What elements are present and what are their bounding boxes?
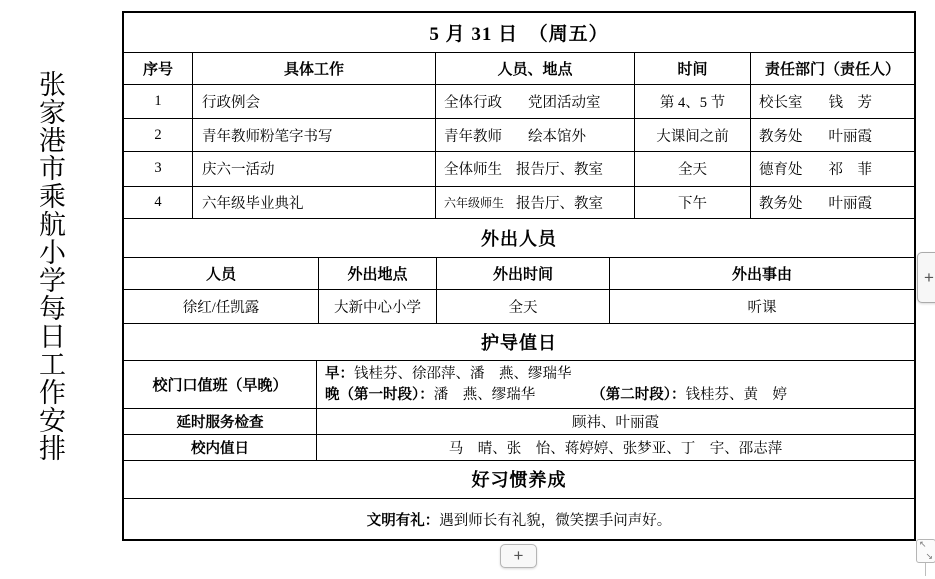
- delay-check-names: 顾祎、叶丽霞: [572, 411, 659, 432]
- row-dept: 教务处: [759, 125, 803, 146]
- habit-section-title[interactable]: 好习惯养成: [124, 461, 914, 500]
- row-time: 下午: [678, 192, 707, 213]
- outing-cell-place[interactable]: 大新中心小学: [319, 290, 437, 323]
- row-person: 钱 芳: [829, 91, 873, 112]
- date-title-cell[interactable]: 5 月 31 日 （周五）: [124, 13, 914, 53]
- delay-check-row: 延时服务检查 顾祎、叶丽霞: [124, 409, 914, 435]
- outing-cell-person[interactable]: 徐红/任凯露: [124, 290, 319, 323]
- campus-duty-names: 马 晴、张 怡、蒋婷婷、张梦亚、丁 宇、邵志萍: [449, 437, 783, 458]
- outing-header-time-label: 外出时间: [493, 263, 553, 284]
- add-column-button[interactable]: +: [917, 252, 935, 303]
- gate-duty-label: 校门口值班（早晚）: [152, 374, 287, 395]
- row-time: 全天: [678, 158, 707, 179]
- header-dept-label: 责任部门（责任人）: [765, 58, 900, 79]
- habit-item-label: 文明有礼：: [367, 509, 440, 530]
- outing-header-person[interactable]: 人员: [124, 258, 319, 289]
- row-dept: 教务处: [759, 192, 803, 213]
- row-person: 祁 菲: [829, 158, 873, 179]
- cell-time[interactable]: 大课间之前: [635, 119, 751, 151]
- cell-dept[interactable]: 校长室钱 芳: [751, 85, 914, 118]
- cell-no[interactable]: 2: [124, 119, 193, 151]
- gate-morning-label: 早：: [325, 366, 354, 382]
- row-person: 叶丽霞: [829, 125, 873, 146]
- campus-duty-label: 校内值日: [191, 437, 249, 458]
- campus-duty-label-cell[interactable]: 校内值日: [124, 435, 317, 460]
- habit-content-row: 文明有礼：遇到师长有礼貌，微笑摆手问声好。: [124, 499, 914, 539]
- outing-place: 大新中心小学: [334, 296, 421, 317]
- plus-icon: +: [514, 546, 524, 566]
- row-no: 2: [154, 127, 161, 144]
- row-no: 4: [154, 194, 161, 211]
- outing-header-place[interactable]: 外出地点: [319, 258, 437, 289]
- row-work: 六年级毕业典礼: [202, 192, 304, 213]
- cell-people-place[interactable]: 全体行政党团活动室: [436, 85, 635, 118]
- plus-icon: +: [924, 268, 934, 288]
- cell-work[interactable]: 青年教师粉笔字书写: [193, 119, 436, 151]
- row-place: 党团活动室: [528, 91, 601, 112]
- row-place: 绘本馆外: [528, 125, 586, 146]
- duty-section-title-text: 护导值日: [481, 329, 557, 355]
- outing-header-place-label: 外出地点: [347, 263, 407, 284]
- cell-dept[interactable]: 德育处祁 菲: [751, 152, 914, 186]
- gate-duty-line1: 早：钱桂芬、徐邵萍、潘 燕、缪瑞华: [325, 364, 908, 385]
- gate-evening2-label: （第二时段）：: [591, 387, 685, 403]
- date-title-text: 5 月 31 日 （周五）: [429, 19, 608, 46]
- delay-check-value-cell[interactable]: 顾祎、叶丽霞: [317, 409, 914, 434]
- duty-section-title[interactable]: 护导值日: [124, 324, 914, 362]
- row-time: 大课间之前: [656, 125, 729, 146]
- header-cell-people-place[interactable]: 人员、地点: [436, 53, 635, 85]
- row-dept: 校长室: [759, 91, 803, 112]
- row-people: 青年教师: [444, 125, 502, 146]
- cell-time[interactable]: 下午: [635, 187, 751, 219]
- habit-section-title-text: 好习惯养成: [472, 466, 567, 492]
- outing-data-row: 徐红/任凯露 大新中心小学 全天 听课: [124, 290, 914, 324]
- gate-evening2-names: 钱桂芬、黄 婷: [686, 387, 788, 403]
- header-cell-time[interactable]: 时间: [635, 53, 751, 85]
- daily-schedule-table: 5 月 31 日 （周五） 序号 具体工作 人员、地点 时间 责任部门（责任人）…: [122, 11, 916, 541]
- row-dept: 德育处: [759, 158, 803, 179]
- table-resize-handle[interactable]: ↖ ↘: [916, 539, 935, 563]
- row-place: 报告厅、教室: [516, 192, 603, 213]
- cell-dept[interactable]: 教务处叶丽霞: [751, 187, 914, 219]
- table-row: 1 行政例会 全体行政党团活动室 第 4、5 节 校长室钱 芳: [124, 85, 914, 119]
- outing-header-reason-label: 外出事由: [732, 263, 792, 284]
- cell-no[interactable]: 4: [124, 187, 193, 219]
- cell-work[interactable]: 六年级毕业典礼: [193, 187, 436, 219]
- campus-duty-row: 校内值日 马 晴、张 怡、蒋婷婷、张梦亚、丁 宇、邵志萍: [124, 435, 914, 461]
- outing-header-reason[interactable]: 外出事由: [610, 258, 914, 289]
- outing-cell-reason[interactable]: 听课: [610, 290, 914, 323]
- header-cell-dept[interactable]: 责任部门（责任人）: [751, 53, 914, 85]
- row-time: 第 4、5 节: [660, 91, 725, 112]
- row-place: 报告厅、教室: [516, 158, 603, 179]
- table-row: 4 六年级毕业典礼 六年级师生报告厅、教室 下午 教务处叶丽霞: [124, 187, 914, 220]
- row-work: 青年教师粉笔字书写: [202, 125, 333, 146]
- habit-item-text: 遇到师长有礼貌，微笑摆手问声好。: [439, 509, 671, 530]
- habit-content-cell[interactable]: 文明有礼：遇到师长有礼貌，微笑摆手问声好。: [124, 499, 914, 539]
- delay-check-label-cell[interactable]: 延时服务检查: [124, 409, 317, 434]
- add-row-button[interactable]: +: [500, 544, 537, 568]
- cell-people-place[interactable]: 全体师生报告厅、教室: [436, 152, 635, 186]
- outing-header-person-label: 人员: [206, 263, 236, 284]
- campus-duty-value-cell[interactable]: 马 晴、张 怡、蒋婷婷、张梦亚、丁 宇、邵志萍: [317, 435, 914, 460]
- cell-people-place[interactable]: 青年教师绘本馆外: [436, 119, 635, 151]
- gate-duty-row: 校门口值班（早晚） 早：钱桂芬、徐邵萍、潘 燕、缪瑞华 晚（第一时段）：潘 燕、…: [124, 361, 914, 409]
- gate-evening1-label: 晚（第一时段）：: [325, 387, 434, 403]
- header-no-label: 序号: [143, 58, 173, 79]
- cell-no[interactable]: 1: [124, 85, 193, 118]
- cell-time[interactable]: 全天: [635, 152, 751, 186]
- delay-check-label: 延时服务检查: [177, 411, 264, 432]
- row-person: 叶丽霞: [829, 192, 873, 213]
- document-side-title: 张家港市乘航小学每日工作安排: [31, 70, 70, 462]
- table-row: 3 庆六一活动 全体师生报告厅、教室 全天 德育处祁 菲: [124, 152, 914, 187]
- gate-duty-line2: 晚（第一时段）：潘 燕、缪瑞华（第二时段）：钱桂芬、黄 婷: [325, 385, 908, 406]
- gate-morning-names: 钱桂芬、徐邵萍、潘 燕、缪瑞华: [354, 366, 572, 382]
- resize-arrow-nw-icon: ↖: [919, 540, 927, 550]
- cell-work[interactable]: 行政例会: [193, 85, 436, 118]
- outing-section-title-text: 外出人员: [481, 225, 557, 251]
- table-row: 2 青年教师粉笔字书写 青年教师绘本馆外 大课间之前 教务处叶丽霞: [124, 119, 914, 152]
- cell-no[interactable]: 3: [124, 152, 193, 186]
- gate-evening1-names: 潘 燕、缪瑞华: [434, 387, 536, 403]
- outing-reason: 听课: [748, 296, 777, 317]
- resize-handle-tail: [925, 563, 926, 576]
- header-time-label: 时间: [677, 58, 707, 79]
- header-people-place-label: 人员、地点: [497, 58, 572, 79]
- row-no: 1: [154, 93, 161, 110]
- header-cell-no[interactable]: 序号: [124, 53, 193, 85]
- cell-time[interactable]: 第 4、5 节: [635, 85, 751, 118]
- cell-work[interactable]: 庆六一活动: [193, 152, 436, 186]
- header-cell-work[interactable]: 具体工作: [193, 53, 436, 85]
- resize-arrow-se-icon: ↘: [925, 552, 933, 562]
- row-work: 行政例会: [202, 91, 260, 112]
- outing-person: 徐红/任凯露: [183, 296, 260, 317]
- row-work: 庆六一活动: [202, 158, 275, 179]
- row-people: 全体师生: [444, 158, 502, 179]
- row-people: 全体行政: [444, 91, 502, 112]
- row-people: 六年级师生: [444, 194, 504, 211]
- outing-header-time[interactable]: 外出时间: [437, 258, 610, 289]
- outing-section-title[interactable]: 外出人员: [124, 219, 914, 258]
- outing-time: 全天: [509, 296, 538, 317]
- cell-people-place[interactable]: 六年级师生报告厅、教室: [436, 187, 635, 219]
- outing-header-row: 人员 外出地点 外出时间 外出事由: [124, 258, 914, 290]
- gate-duty-label-cell[interactable]: 校门口值班（早晚）: [124, 361, 317, 408]
- cell-dept[interactable]: 教务处叶丽霞: [751, 119, 914, 151]
- gate-duty-value-cell[interactable]: 早：钱桂芬、徐邵萍、潘 燕、缪瑞华 晚（第一时段）：潘 燕、缪瑞华（第二时段）：…: [317, 361, 914, 408]
- row-no: 3: [154, 160, 161, 177]
- outing-cell-time[interactable]: 全天: [437, 290, 610, 323]
- main-header-row: 序号 具体工作 人员、地点 时间 责任部门（责任人）: [124, 53, 914, 86]
- header-work-label: 具体工作: [284, 58, 344, 79]
